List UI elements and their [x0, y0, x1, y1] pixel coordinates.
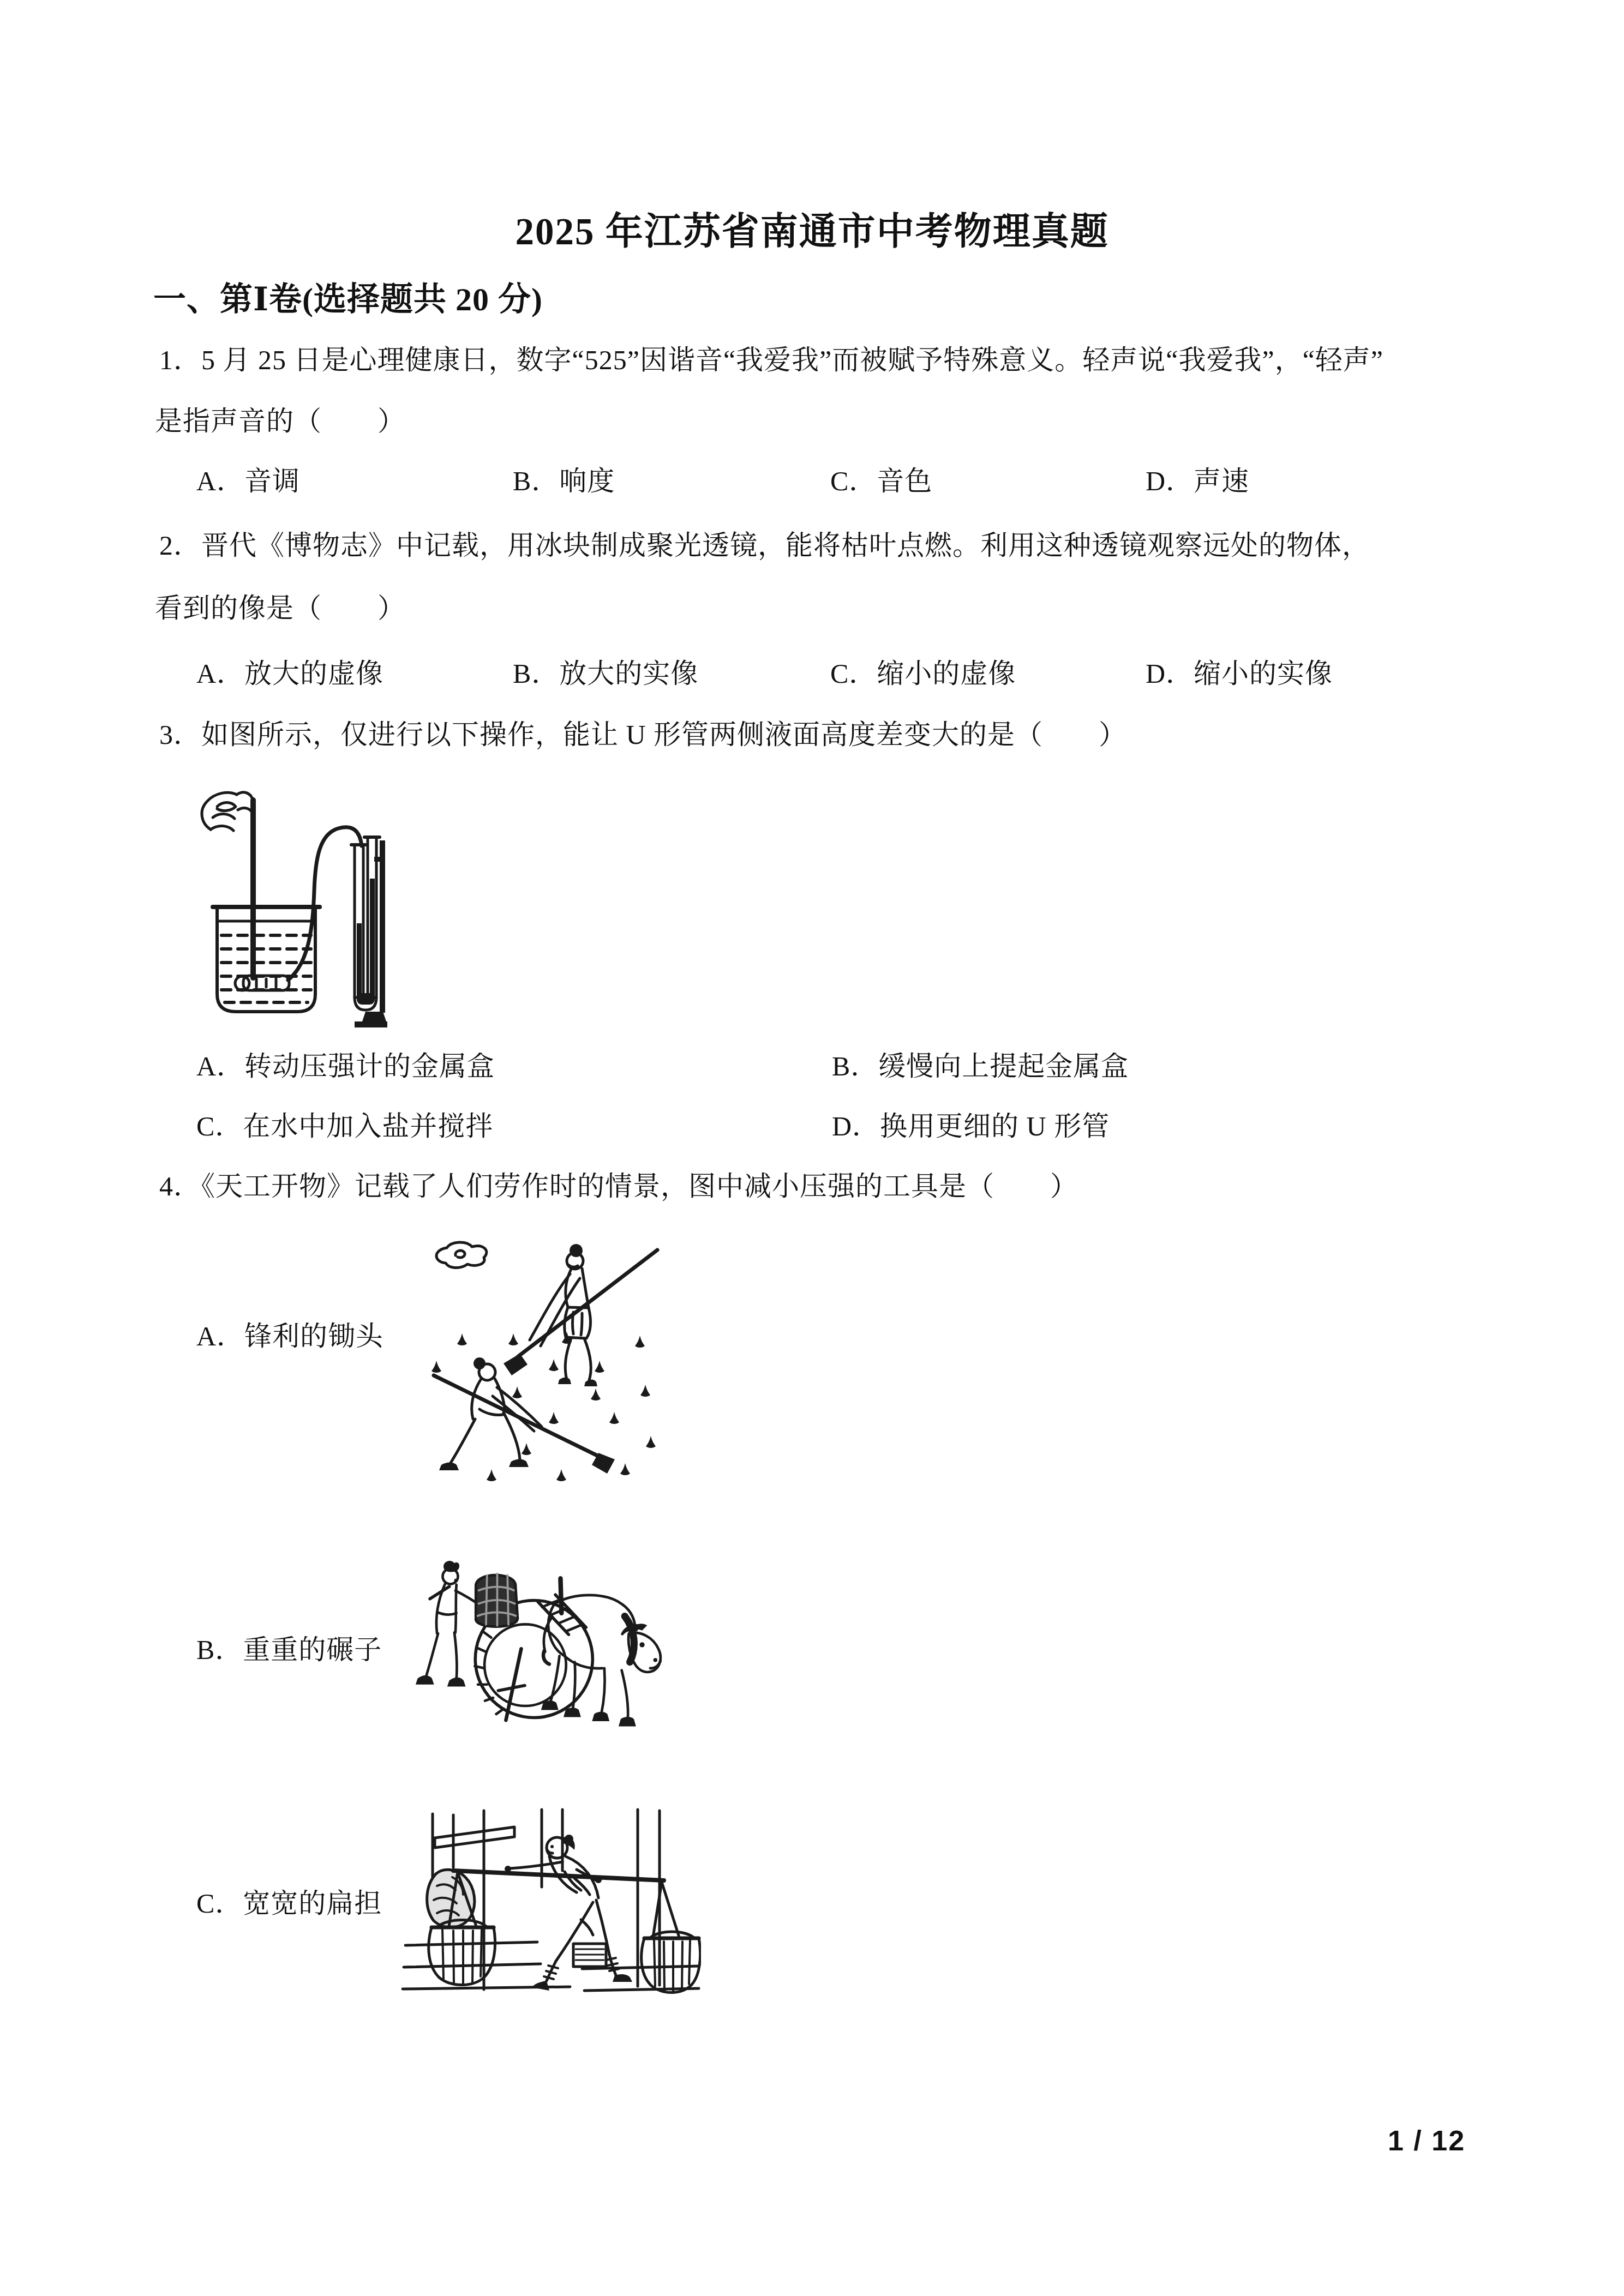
figure-farmers-hoeing	[423, 1239, 674, 1482]
section-heading: 一、第Ⅰ卷(选择题共 20 分)	[153, 279, 543, 320]
question-3-option-b: B．缓慢向上提起金属盒	[832, 1049, 1129, 1083]
figure-ox-stone-roller	[406, 1557, 682, 1761]
exam-paper-page: 2025 年江苏省南通市中考物理真题 一、第Ⅰ卷(选择题共 20 分) 1．5 …	[0, 0, 1624, 2296]
question-2-text-line-1: 2．晋代《博物志》中记载，用冰块制成聚光透镜，能将枯叶点燃。利用这种透镜观察远处…	[159, 528, 1370, 562]
question-4-option-a: A．锋利的锄头	[196, 1319, 383, 1353]
question-2-option-c: C．缩小的虚像	[830, 657, 1016, 690]
question-3-option-c: C．在水中加入盐并搅拌	[196, 1109, 493, 1143]
question-4-option-b: B．重重的碾子	[196, 1633, 382, 1667]
page-title: 2025 年江苏省南通市中考物理真题	[0, 209, 1624, 255]
question-3-option-a: A．转动压强计的金属盒	[196, 1049, 495, 1083]
question-3-option-d: D．换用更细的 U 形管	[832, 1109, 1110, 1143]
question-1-option-a: A．音调	[196, 464, 300, 498]
page-number: 1 / 12	[1388, 2126, 1465, 2156]
question-1-text-line-2: 是指声音的（ ）	[155, 404, 405, 438]
question-2-option-d: D．缩小的实像	[1146, 657, 1333, 690]
figure-pressure-gauge-manometer	[191, 777, 387, 1031]
question-2-option-a: A．放大的虚像	[196, 657, 383, 690]
question-1-option-d: D．声速	[1146, 464, 1249, 498]
question-4-text: 4．《天工开物》记载了人们劳作时的情景，图中减小压强的工具是（ ）	[159, 1169, 1078, 1203]
question-1-option-c: C．音色	[830, 464, 932, 498]
question-4-option-c: C．宽宽的扁担	[196, 1886, 382, 1920]
question-1-text-line-1: 1．5 月 25 日是心理健康日，数字“525”因谐音“我爱我”而被赋予特殊意义…	[159, 343, 1383, 377]
figure-shoulder-pole-baskets	[401, 1806, 701, 2009]
question-2-text-line-2: 看到的像是（ ）	[155, 591, 405, 625]
question-2-option-b: B．放大的实像	[513, 657, 698, 690]
question-1-option-b: B．响度	[513, 464, 615, 498]
question-3-text: 3．如图所示，仅进行以下操作，能让 U 形管两侧液面高度差变大的是（ ）	[159, 718, 1126, 752]
